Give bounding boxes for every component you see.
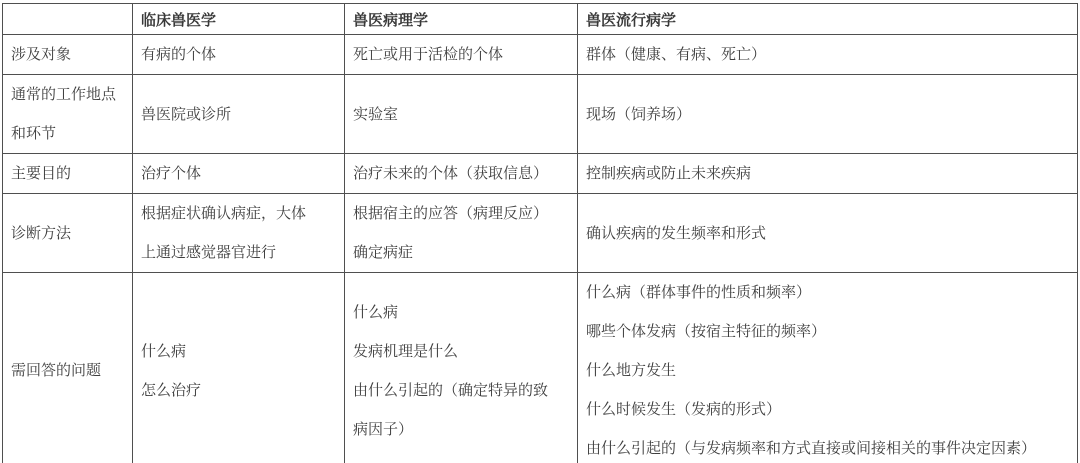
table-cell: 治疗个体 <box>133 154 345 194</box>
column-header-clinical: 临床兽医学 <box>133 4 345 35</box>
table-cell: 死亡或用于活检的个体 <box>345 35 578 75</box>
row-label: 主要目的 <box>3 154 133 194</box>
table-cell: 确认疾病的发生频率和形式 <box>578 194 1078 273</box>
corner-cell <box>3 4 133 35</box>
table-row-questions: 需回答的问题 什么病怎么治疗 什么病发病机理是什么由什么引起的（确定特异的致病因… <box>3 273 1078 463</box>
column-header-epidemiology: 兽医流行病学 <box>578 4 1078 35</box>
row-label: 通常的工作地点和环节 <box>3 75 133 154</box>
table-cell: 控制疾病或防止未来疾病 <box>578 154 1078 194</box>
table-row-diagnosis: 诊断方法 根据症状确认病症，大体上通过感觉器官进行 根据宿主的应答（病理反应）确… <box>3 194 1078 273</box>
table-cell: 根据宿主的应答（病理反应）确定病症 <box>345 194 578 273</box>
table-cell: 什么病怎么治疗 <box>133 273 345 463</box>
table-cell: 什么病发病机理是什么由什么引起的（确定特异的致病因子） <box>345 273 578 463</box>
table-cell: 根据症状确认病症，大体上通过感觉器官进行 <box>133 194 345 273</box>
table-cell: 现场（饲养场） <box>578 75 1078 154</box>
table-cell: 群体（健康、有病、死亡） <box>578 35 1078 75</box>
table-row-purpose: 主要目的 治疗个体 治疗未来的个体（获取信息） 控制疾病或防止未来疾病 <box>3 154 1078 194</box>
table-cell: 有病的个体 <box>133 35 345 75</box>
header-row: 临床兽医学 兽医病理学 兽医流行病学 <box>3 4 1078 35</box>
table-cell: 治疗未来的个体（获取信息） <box>345 154 578 194</box>
row-label: 涉及对象 <box>3 35 133 75</box>
table-container: 临床兽医学 兽医病理学 兽医流行病学 涉及对象 有病的个体 死亡或用于活检的个体… <box>0 0 1080 463</box>
table-cell: 兽医院或诊所 <box>133 75 345 154</box>
column-header-pathology: 兽医病理学 <box>345 4 578 35</box>
table-cell: 什么病（群体事件的性质和频率）哪些个体发病（按宿主特征的频率）什么地方发生什么时… <box>578 273 1078 463</box>
row-label: 诊断方法 <box>3 194 133 273</box>
table-row-subjects: 涉及对象 有病的个体 死亡或用于活检的个体 群体（健康、有病、死亡） <box>3 35 1078 75</box>
table-row-workplace: 通常的工作地点和环节 兽医院或诊所 实验室 现场（饲养场） <box>3 75 1078 154</box>
table-cell: 实验室 <box>345 75 578 154</box>
veterinary-comparison-table: 临床兽医学 兽医病理学 兽医流行病学 涉及对象 有病的个体 死亡或用于活检的个体… <box>2 3 1078 463</box>
row-label: 需回答的问题 <box>3 273 133 463</box>
